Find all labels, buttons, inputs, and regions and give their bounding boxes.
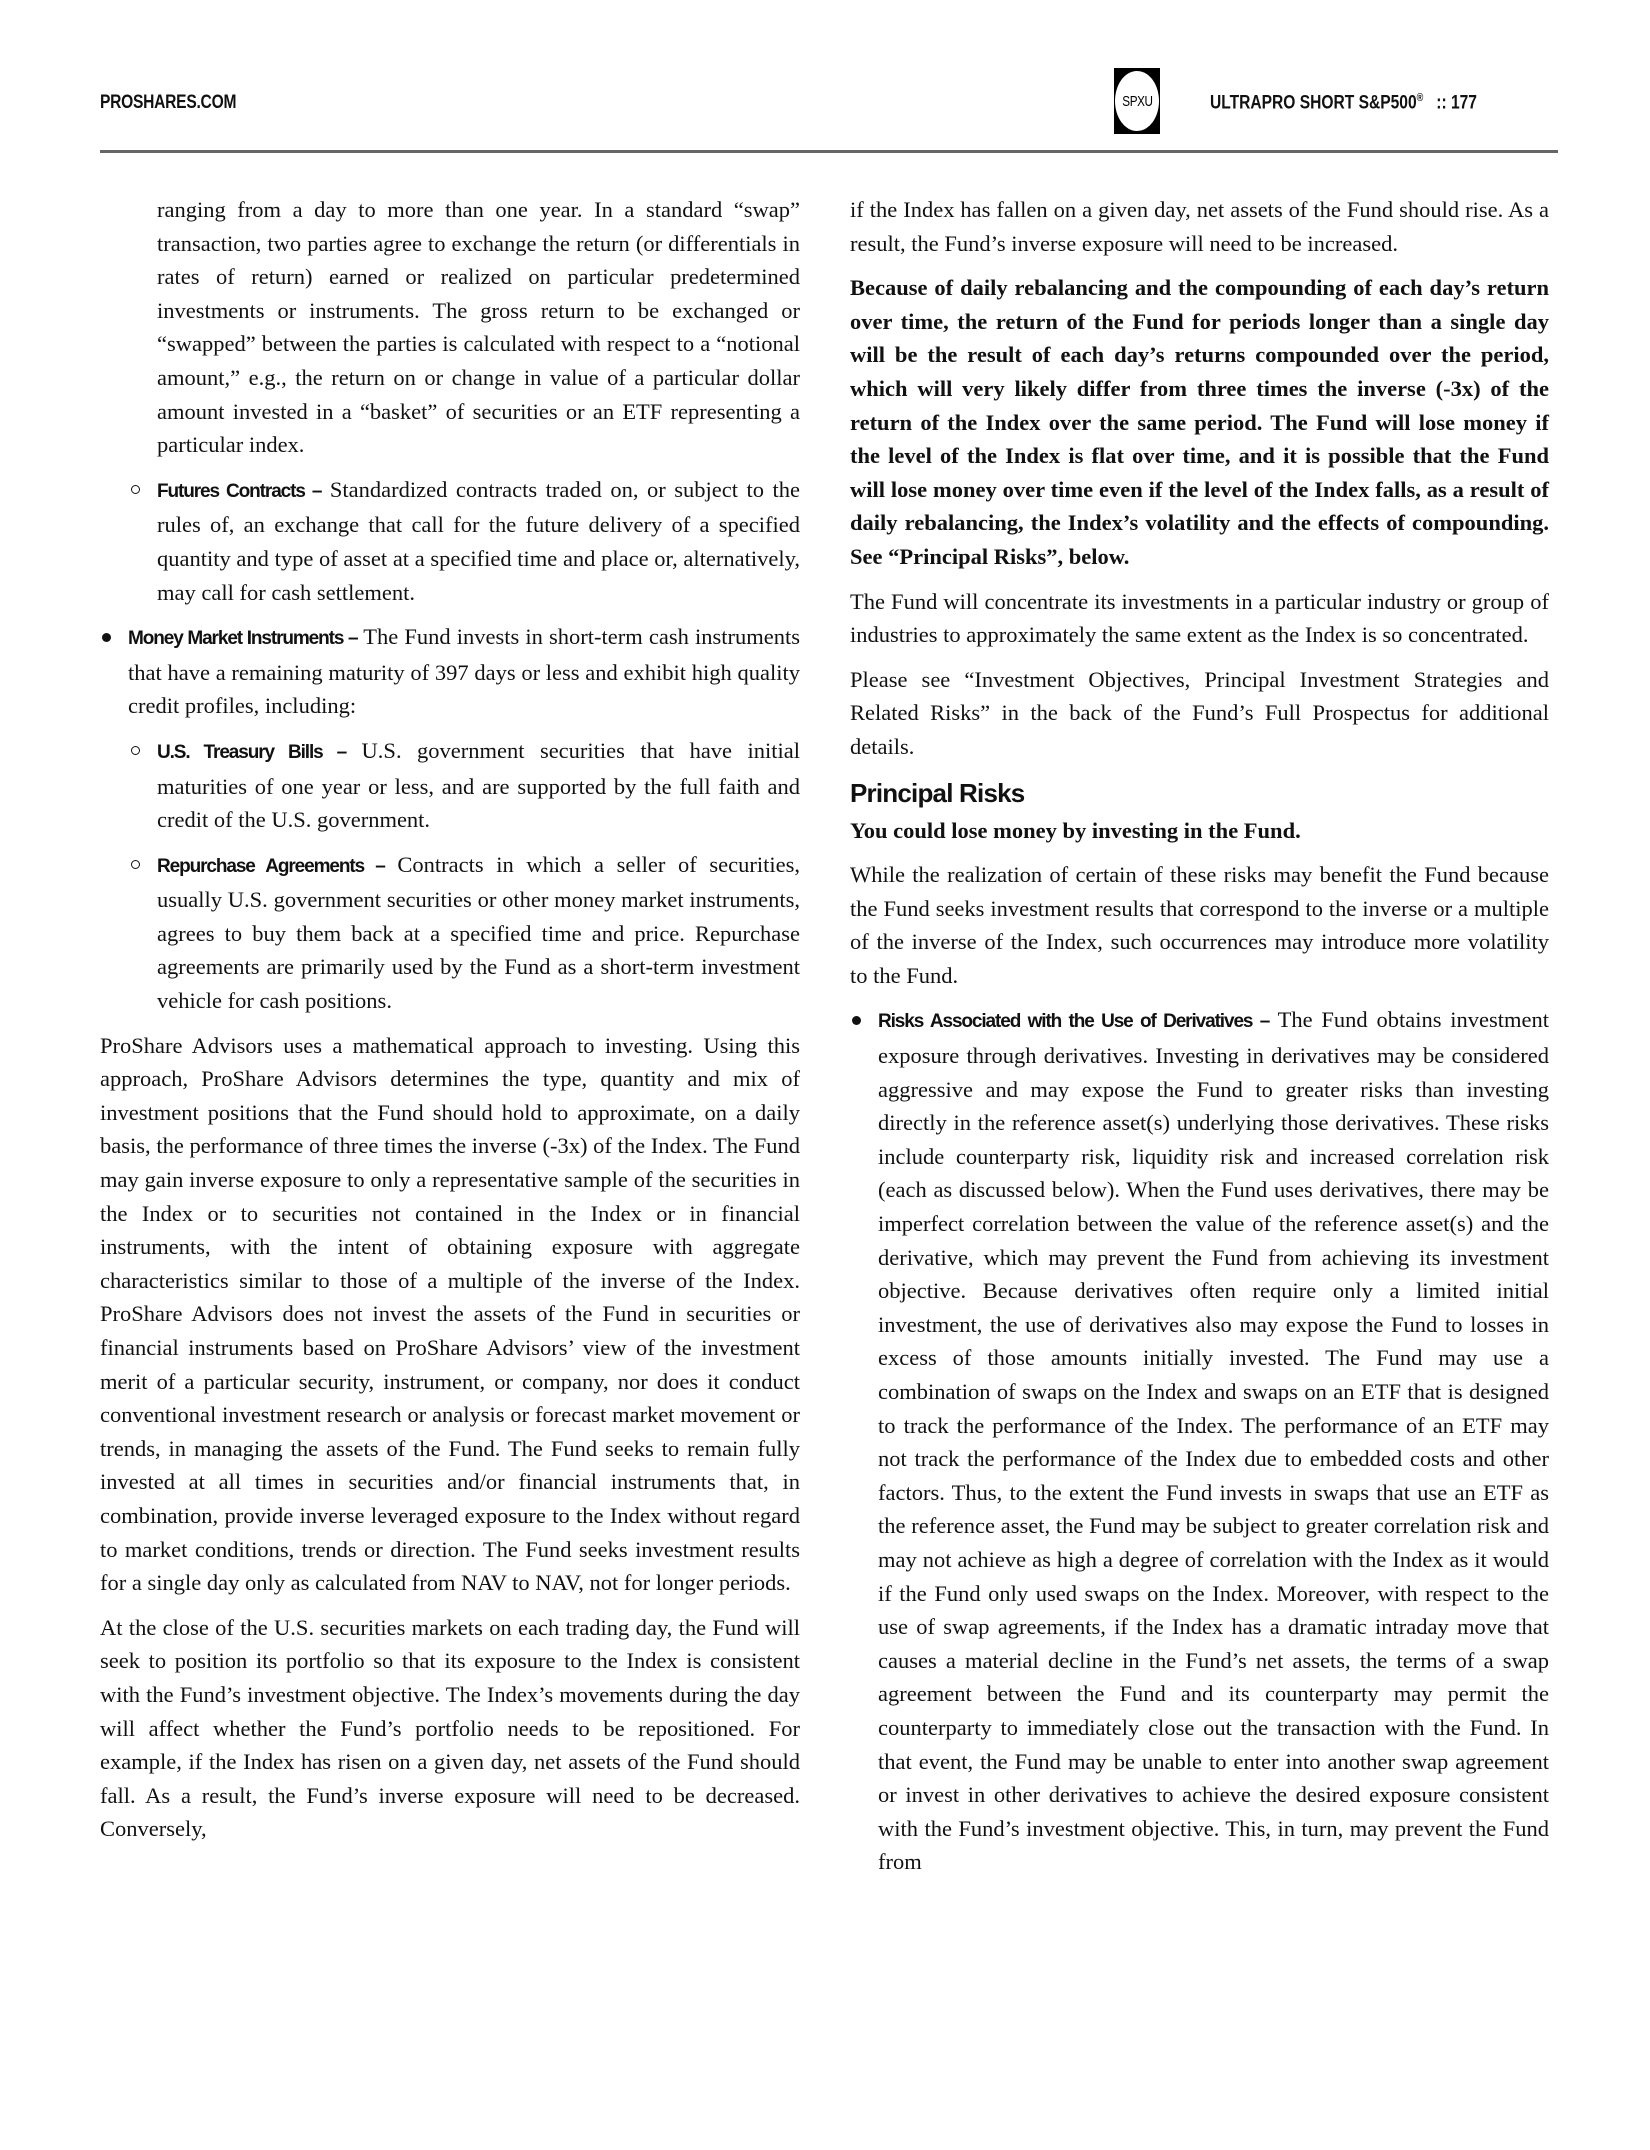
paragraph-text: ranging from a day to more than one year… [157, 197, 800, 457]
fund-name: ULTRAPRO SHORT S&P500 [1210, 92, 1417, 113]
site-name: PROSHARES.COM [100, 92, 236, 114]
term-label: U.S. Treasury Bills – [157, 742, 346, 763]
section-heading-principal-risks: Principal Risks [850, 776, 1549, 810]
hollow-bullet-icon [131, 485, 140, 494]
term-definition: The Fund obtains investment exposure thr… [878, 1007, 1549, 1874]
solid-bullet-icon [852, 1016, 861, 1025]
paragraph-realization: While the realization of certain of thes… [850, 858, 1549, 992]
term-label: Risks Associated with the Use of Derivat… [878, 1011, 1269, 1032]
term-label: Futures Contracts – [157, 481, 321, 502]
list-item-repurchase: Repurchase Agreements – Contracts in whi… [100, 848, 800, 1018]
list-item-derivatives-risk: Risks Associated with the Use of Derivat… [850, 1003, 1549, 1878]
term-label: Repurchase Agreements – [157, 856, 385, 877]
registered-mark: ® [1417, 92, 1424, 104]
paragraph-approach: ProShare Advisors uses a mathematical ap… [100, 1029, 800, 1600]
paragraph-close: At the close of the U.S. securities mark… [100, 1611, 800, 1846]
ticker-logo-circle: SPXU [1115, 71, 1159, 131]
header-divider [100, 150, 1558, 153]
term-label: Money Market Instruments – [128, 628, 358, 649]
page-number: 177 [1451, 92, 1477, 113]
hollow-bullet-icon [131, 746, 140, 755]
left-column: ranging from a day to more than one year… [100, 193, 800, 1857]
list-item-futures: Futures Contracts – Standardized contrac… [100, 473, 800, 609]
solid-bullet-icon [102, 633, 111, 642]
paragraph-continuation: if the Index has fallen on a given day, … [850, 193, 1549, 260]
hollow-bullet-icon [131, 860, 140, 869]
paragraph-please-see: Please see “Investment Objectives, Princ… [850, 663, 1549, 764]
list-item-money-market: Money Market Instruments – The Fund inve… [100, 620, 800, 723]
list-item-treasury-bills: U.S. Treasury Bills – U.S. government se… [100, 734, 800, 837]
ticker-label: SPXU [1122, 93, 1152, 110]
paragraph-bold-warning: Because of daily rebalancing and the com… [850, 271, 1549, 573]
fund-title: ULTRAPRO SHORT S&P500® :: 177 [1210, 92, 1477, 114]
page-separator: :: [1436, 92, 1446, 113]
right-column: if the Index has fallen on a given day, … [850, 193, 1549, 1890]
section-subheading: You could lose money by investing in the… [850, 814, 1549, 848]
swap-continuation: ranging from a day to more than one year… [100, 193, 800, 462]
paragraph-concentrate: The Fund will concentrate its investment… [850, 585, 1549, 652]
ticker-logo: SPXU [1114, 68, 1160, 134]
